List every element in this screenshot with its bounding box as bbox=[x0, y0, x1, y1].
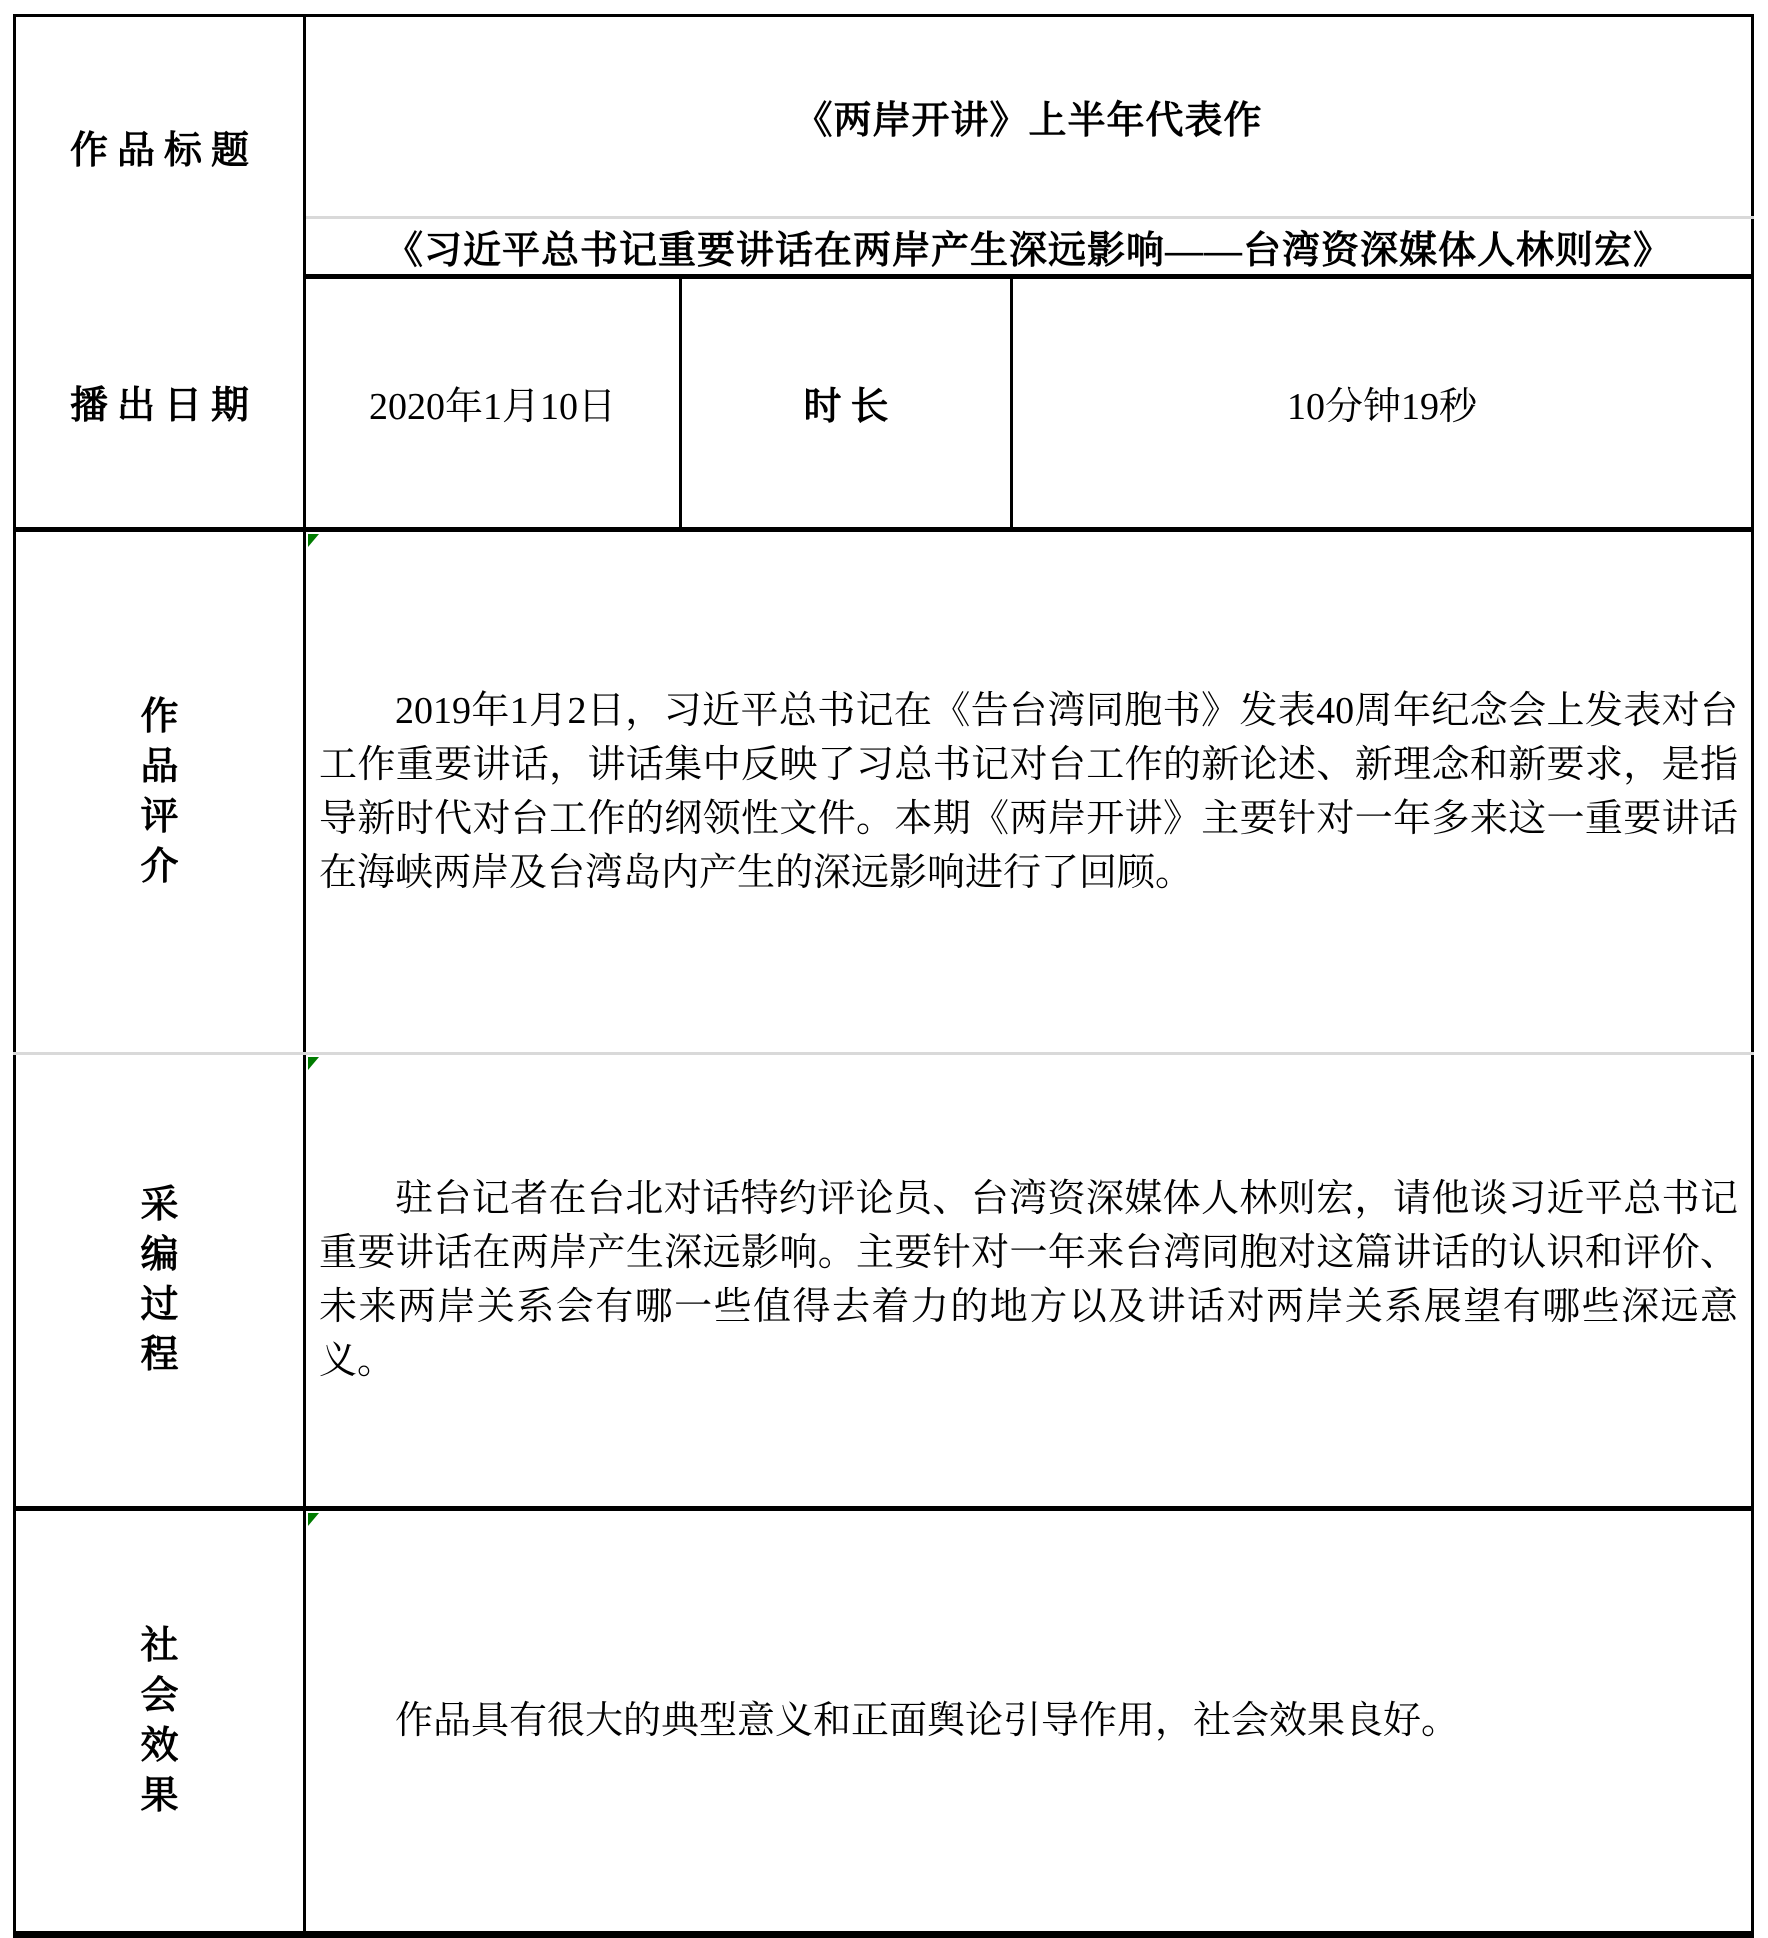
cell-review-text[interactable]: 2019年1月2日，习近平总书记在《告台湾同胞书》发表40周年纪念会上发表对台工… bbox=[305, 529, 1753, 1053]
effect-text: 作品具有很大的典型意义和正面舆论引导作用，社会效果良好。 bbox=[306, 1694, 1751, 1748]
cell-episode-title[interactable]: 《习近平总书记重要讲话在两岸产生深远影响——台湾资深媒体人林则宏》 bbox=[305, 218, 1753, 277]
duration-value: 10分钟19秒 bbox=[1013, 375, 1751, 430]
cell-effect-label[interactable]: 社会效果 bbox=[15, 1508, 305, 1934]
cell-review-label[interactable]: 作品评介 bbox=[15, 529, 305, 1053]
cell-warning-flag-icon bbox=[308, 1513, 319, 1526]
cell-process-text[interactable]: 驻台记者在台北对话特约评论员、台湾资深媒体人林则宏，请他谈习近平总书记重要讲话在… bbox=[305, 1053, 1753, 1508]
duration-label: 时长 bbox=[682, 375, 1010, 430]
work-title-label: 作品标题 bbox=[16, 119, 303, 174]
broadcast-date-value: 2020年1月10日 bbox=[306, 375, 679, 430]
review-text: 2019年1月2日，习近平总书记在《告台湾同胞书》发表40周年纪念会上发表对台工… bbox=[306, 684, 1751, 900]
review-label: 作品评介 bbox=[16, 692, 303, 892]
series-title-text: 《两岸开讲》上半年代表作 bbox=[306, 89, 1751, 144]
cell-effect-text[interactable]: 作品具有很大的典型意义和正面舆论引导作用，社会效果良好。 bbox=[305, 1508, 1753, 1934]
cell-broadcast-date-value[interactable]: 2020年1月10日 bbox=[305, 277, 681, 530]
episode-title-text: 《习近平总书记重要讲话在两岸产生深远影响——台湾资深媒体人林则宏》 bbox=[306, 219, 1751, 274]
work-summary-table: 作品标题 《两岸开讲》上半年代表作 《习近平总书记重要讲话在两岸产生深远影响——… bbox=[13, 14, 1754, 1938]
process-label: 采编过程 bbox=[16, 1180, 303, 1380]
cell-warning-flag-icon bbox=[308, 1057, 319, 1070]
effect-label: 社会效果 bbox=[16, 1621, 303, 1821]
cell-duration-value[interactable]: 10分钟19秒 bbox=[1012, 277, 1753, 530]
cell-warning-flag-icon bbox=[308, 534, 319, 547]
cell-process-label[interactable]: 采编过程 bbox=[15, 1053, 305, 1508]
cell-series-title[interactable]: 《两岸开讲》上半年代表作 bbox=[305, 16, 1753, 218]
document-page: 作品标题 《两岸开讲》上半年代表作 《习近平总书记重要讲话在两岸产生深远影响——… bbox=[0, 0, 1768, 1924]
cell-work-title-label[interactable]: 作品标题 bbox=[15, 16, 305, 277]
process-text: 驻台记者在台北对话特约评论员、台湾资深媒体人林则宏，请他谈习近平总书记重要讲话在… bbox=[306, 1172, 1751, 1388]
broadcast-date-label: 播出日期 bbox=[16, 374, 303, 429]
cell-broadcast-date-label[interactable]: 播出日期 bbox=[15, 277, 305, 530]
cell-duration-label[interactable]: 时长 bbox=[681, 277, 1012, 530]
